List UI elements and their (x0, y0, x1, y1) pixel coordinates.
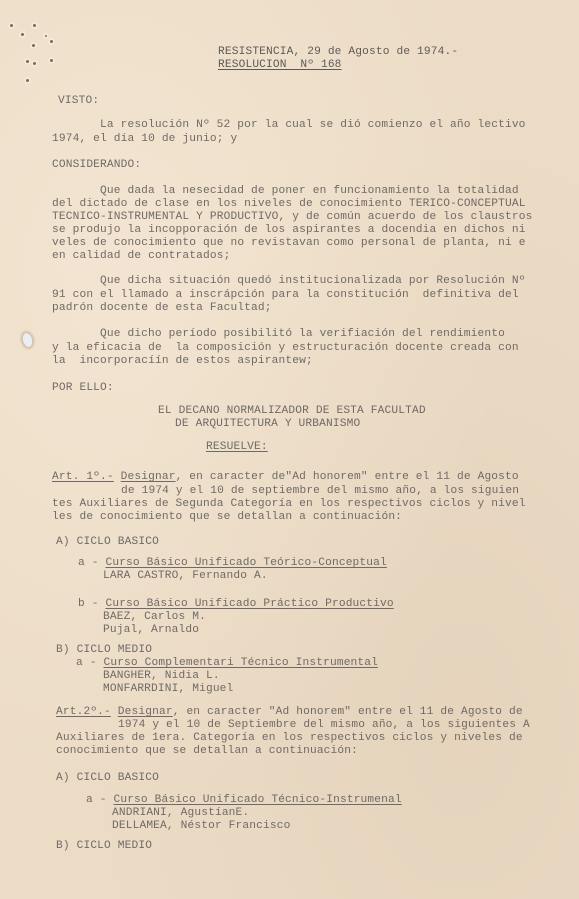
course-name: Curso Básico Unificado Técnico-Instrumen… (113, 794, 401, 806)
art1-label: Art. 1º.- (52, 471, 114, 483)
art2-line: conocimiento que se detallan a continuac… (56, 744, 358, 758)
art1-line: tes Auxiliares de Segunda Categoría en l… (52, 497, 526, 511)
considerando-line: se produjo la incopporación de los aspir… (52, 223, 526, 237)
course-letter: a - (76, 657, 97, 669)
considerando-heading: CONSIDERANDO: (52, 158, 141, 172)
considerando-line: Que dada la nesecidad de poner en funcio… (100, 184, 519, 198)
considerando-line: Que dicha situación quedó institucionali… (100, 274, 526, 288)
por-ello-heading: POR ELLO: (52, 381, 114, 395)
staple-hole (50, 59, 53, 62)
resolution-number: RESOLUCION Nº 168 (218, 58, 342, 72)
cycle-title: B) CICLO MEDIO (56, 839, 152, 853)
authority-line: EL DECANO NORMALIZADOR DE ESTA FACULTAD (158, 404, 426, 418)
course-name: Curso Básico Unificado Teórico-Conceptua… (105, 557, 386, 569)
considerando-line: Que dicho período posibilitó la verifiac… (100, 327, 505, 341)
art2-verb: Designar (118, 706, 173, 718)
cycle-title: B) CICLO MEDIO (56, 643, 152, 657)
visto-line: La resolución Nº 52 por la cual se dió c… (100, 118, 526, 132)
considerando-line: veles de conocimiento que no revistavan … (52, 236, 526, 250)
person-name: BANGHER, Nidia L. (103, 669, 220, 683)
considerando-line: en calidad de contratados; (52, 249, 230, 263)
staple-hole (21, 33, 24, 36)
considerando-line: y la eficacia de la composición y estruc… (52, 341, 519, 355)
staple-hole (32, 44, 35, 47)
art1-text: , en caracter de"Ad honorem" entre el 11… (176, 471, 519, 483)
course-letter: a - (78, 557, 99, 569)
course-letter: b - (78, 598, 99, 610)
considerando-line: 91 con el llamado a inscrápción para la … (52, 288, 519, 302)
person-name: Pujal, Arnaldo (103, 623, 199, 637)
staple-hole (50, 40, 53, 43)
considerando-line: la incorporacíín de estos aspirantew; (52, 354, 313, 368)
art1-line: les de conocimiento que se detallan a co… (52, 510, 402, 524)
person-name: MONFARRDINI, Miguel (103, 682, 233, 696)
art2-line: Art.2º.- Designar, en caracter "Ad honor… (56, 705, 523, 719)
cycle-title: A) CICLO BASICO (56, 771, 159, 785)
punch-hole (21, 332, 33, 348)
course-line: a - Curso Complementari Técnico Instrume… (76, 656, 378, 670)
scanned-document-page: RESISTENCIA, 29 de Agosto de 1974.- RESO… (0, 0, 579, 899)
course-line: b - Curso Básico Unificado Práctico Prod… (78, 597, 394, 611)
art2-line: 1974 y el 10 de Septiembre del mismo año… (118, 718, 530, 732)
authority-line: DE ARQUITECTURA Y URBANISMO (175, 417, 360, 431)
resuelve-heading: RESUELVE: (206, 440, 268, 454)
staple-hole (33, 62, 36, 65)
course-line: a - Curso Básico Unificado Técnico-Instr… (86, 793, 402, 807)
staple-hole (26, 79, 29, 82)
place-date: RESISTENCIA, 29 de Agosto de 1974.- (218, 45, 458, 59)
person-name: DELLAMEA, Néstor Francisco (112, 819, 290, 833)
course-line: a - Curso Básico Unificado Teórico-Conce… (78, 556, 387, 570)
art1-line: Art. 1º.- Designar, en caracter de"Ad ho… (52, 470, 519, 484)
visto-heading: VISTO: (58, 94, 99, 108)
cycle-title: A) CICLO BASICO (56, 535, 159, 549)
staple-hole (26, 60, 29, 63)
person-name: BAEZ, Carlos M. (103, 610, 206, 624)
staple-hole (33, 24, 36, 27)
art1-verb: Designar (121, 471, 176, 483)
considerando-line: TECNICO-INSTRUMENTAL Y PRODUCTIVO, y de … (52, 210, 532, 224)
staple-hole (45, 35, 47, 37)
art2-text: , en caracter "Ad honorem" entre el 11 d… (173, 706, 523, 718)
staple-hole (10, 24, 13, 27)
art1-line: de 1974 y el 10 de septiembre del mismo … (121, 484, 519, 498)
person-name: LARA CASTRO, Fernando A. (103, 569, 268, 583)
considerando-line: padrón docente de esta Facultad; (52, 301, 272, 315)
person-name: ANDRIANI, AgustíanE. (112, 806, 249, 820)
course-letter: a - (86, 794, 107, 806)
course-name: Curso Básico Unificado Práctico Producti… (105, 598, 393, 610)
art2-line: Auxiliares de 1era. Categoría en los res… (56, 731, 523, 745)
visto-line: 1974, el día 10 de junio; y (52, 132, 237, 146)
art2-label: Art.2º.- (56, 706, 111, 718)
considerando-line: del dictado de clase en los niveles de c… (52, 197, 526, 211)
course-name: Curso Complementari Técnico Instrumental (103, 657, 378, 669)
